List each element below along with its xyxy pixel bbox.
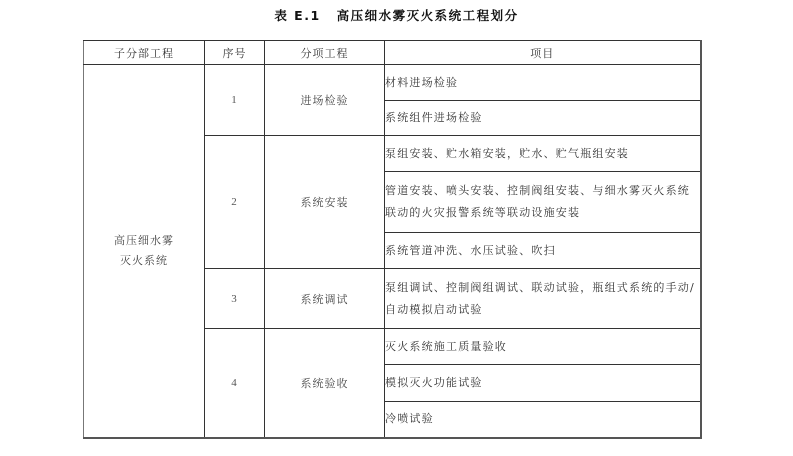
item-cell: 系统管道冲洗、水压试验、吹扫 (385, 233, 701, 269)
header-seq: 序号 (205, 41, 265, 65)
header-row: 子分部工程 序号 分项工程 项目 (84, 41, 701, 65)
item-cell: 泵组安装、贮水箱安装，贮水、贮气瓶组安装 (385, 136, 701, 172)
item-cell: 系统组件进场检验 (385, 101, 701, 136)
subitem-cell: 系统调试 (265, 269, 385, 329)
table-number: 表 E.1 (274, 8, 320, 23)
header-subpart: 子分部工程 (84, 41, 205, 65)
engineering-division-table: 子分部工程 序号 分项工程 项目 高压细水雾灭火系统 1 进场检验 材料进场检验… (83, 40, 702, 439)
header-subitem: 分项工程 (265, 41, 385, 65)
item-cell: 泵组调试、控制阀组调试、联动试验，瓶组式系统的手动/自动模拟启动试验 (385, 269, 701, 329)
table-title: 高压细水雾灭火系统工程划分 (337, 8, 519, 23)
seq-cell: 1 (205, 65, 265, 136)
subpart-cell: 高压细水雾灭火系统 (84, 65, 205, 438)
seq-cell: 4 (205, 329, 265, 438)
subitem-cell: 系统安装 (265, 136, 385, 269)
subpart-line-1: 高压细水雾 (114, 234, 174, 247)
table-caption: 表 E.1高压细水雾灭火系统工程划分 (0, 6, 793, 24)
item-cell: 灭火系统施工质量验收 (385, 329, 701, 365)
item-cell: 管道安装、喷头安装、控制阀组安装、与细水雾灭火系统联动的火灾报警系统等联动设施安… (385, 172, 701, 233)
header-item: 项目 (385, 41, 701, 65)
seq-cell: 2 (205, 136, 265, 269)
subitem-cell: 进场检验 (265, 65, 385, 136)
item-cell: 冷喷试验 (385, 402, 701, 438)
item-cell: 材料进场检验 (385, 65, 701, 101)
table-row: 高压细水雾灭火系统 1 进场检验 材料进场检验 (84, 65, 701, 101)
subpart-line-2: 灭火系统 (120, 254, 168, 267)
subitem-cell: 系统验收 (265, 329, 385, 438)
seq-cell: 3 (205, 269, 265, 329)
item-cell: 模拟灭火功能试验 (385, 365, 701, 402)
